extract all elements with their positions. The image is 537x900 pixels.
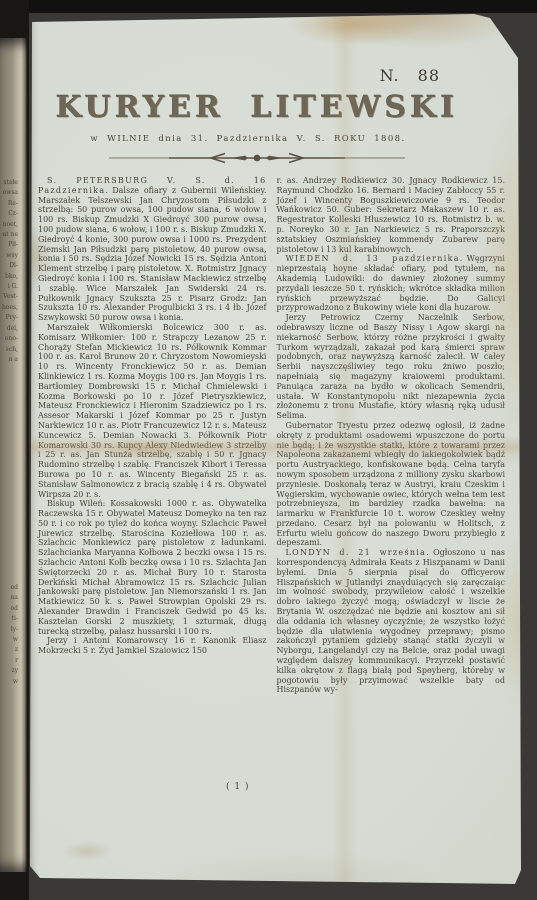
scanned-newspaper-screenshot: stałe owsa Re- Cz- noet, at ne Pił- wsy … [0, 0, 537, 900]
article-paragraph: WIEDEN d. 13 pazdziernika.Węgrzyni niepr… [277, 254, 506, 313]
issue-number-value: 88 [418, 66, 440, 85]
article-columns: S. PETERSBURG V. S. d. 16 Pazdziernika.D… [38, 176, 505, 695]
article-paragraph: S. PETERSBURG V. S. d. 16 Pazdziernika.D… [38, 176, 267, 323]
article-paragraph: Gubernator Tryestu przez odezwę ogłosił,… [277, 421, 506, 548]
previous-page-edge: stałe owsa Re- Cz- noet, at ne Pił- wsy … [0, 38, 27, 872]
newspaper-title: KURYER LITEWSKI [28, 90, 486, 125]
newspaper-page: N.88 KURYER LITEWSKI w WILNIE dnia 31. P… [28, 12, 522, 886]
article-paragraph: Jerzy i Antoni Komarowscy 16 r. Kanonik … [38, 636, 267, 656]
page-number-footer: ( 1 ) [226, 782, 249, 792]
scan-background-top [0, 0, 537, 13]
paragraph-text: Węgrzyni nieprzestaią hoyne składać ofia… [277, 254, 506, 312]
paragraph-text: Ogłoszono u nas korrespondencyą Admirała… [277, 548, 506, 694]
article-heading-wieden: WIEDEN d. 13 pazdziernika. [286, 254, 464, 263]
issue-number-label: N. [380, 66, 400, 85]
paragraph-text: Dalsze ofiary z Gubernii Wileńskiey. Mar… [38, 186, 267, 322]
previous-page-text-fragments-upper: stałe owsa Re- Cz- noet, at ne Pił- wsy … [0, 178, 18, 365]
issue-number: N.88 [380, 66, 440, 85]
article-paragraph: LONDYN d. 21 września.Ogłoszono u nas ko… [277, 548, 506, 695]
article-heading-londyn: LONDYN d. 21 września. [286, 548, 431, 557]
article-paragraph: r. as. Andrzey Rodkiewicz 30. Jgnacy Rod… [277, 176, 506, 254]
previous-page-text-fragments-lower: ed na od ti- ly- w z r zy w [0, 583, 18, 687]
right-column: r. as. Andrzey Rodkiewicz 30. Jgnacy Rod… [277, 176, 506, 695]
article-paragraph: Jerzy Petrowicz Czerny Naczelnik Serbow,… [277, 313, 506, 421]
article-paragraph: Marszałek Wiłkomierski Bolcewicz 300 r. … [38, 323, 267, 499]
left-column: S. PETERSBURG V. S. d. 16 Pazdziernika.D… [38, 176, 267, 695]
article-paragraph: Biskup Wileń: Kossakowski 1000 r. as. Ob… [38, 499, 267, 636]
dateline: w WILNIE dnia 31. Pazdziernika V. S. ROK… [28, 134, 468, 144]
divider-ornament-icon [107, 151, 407, 165]
